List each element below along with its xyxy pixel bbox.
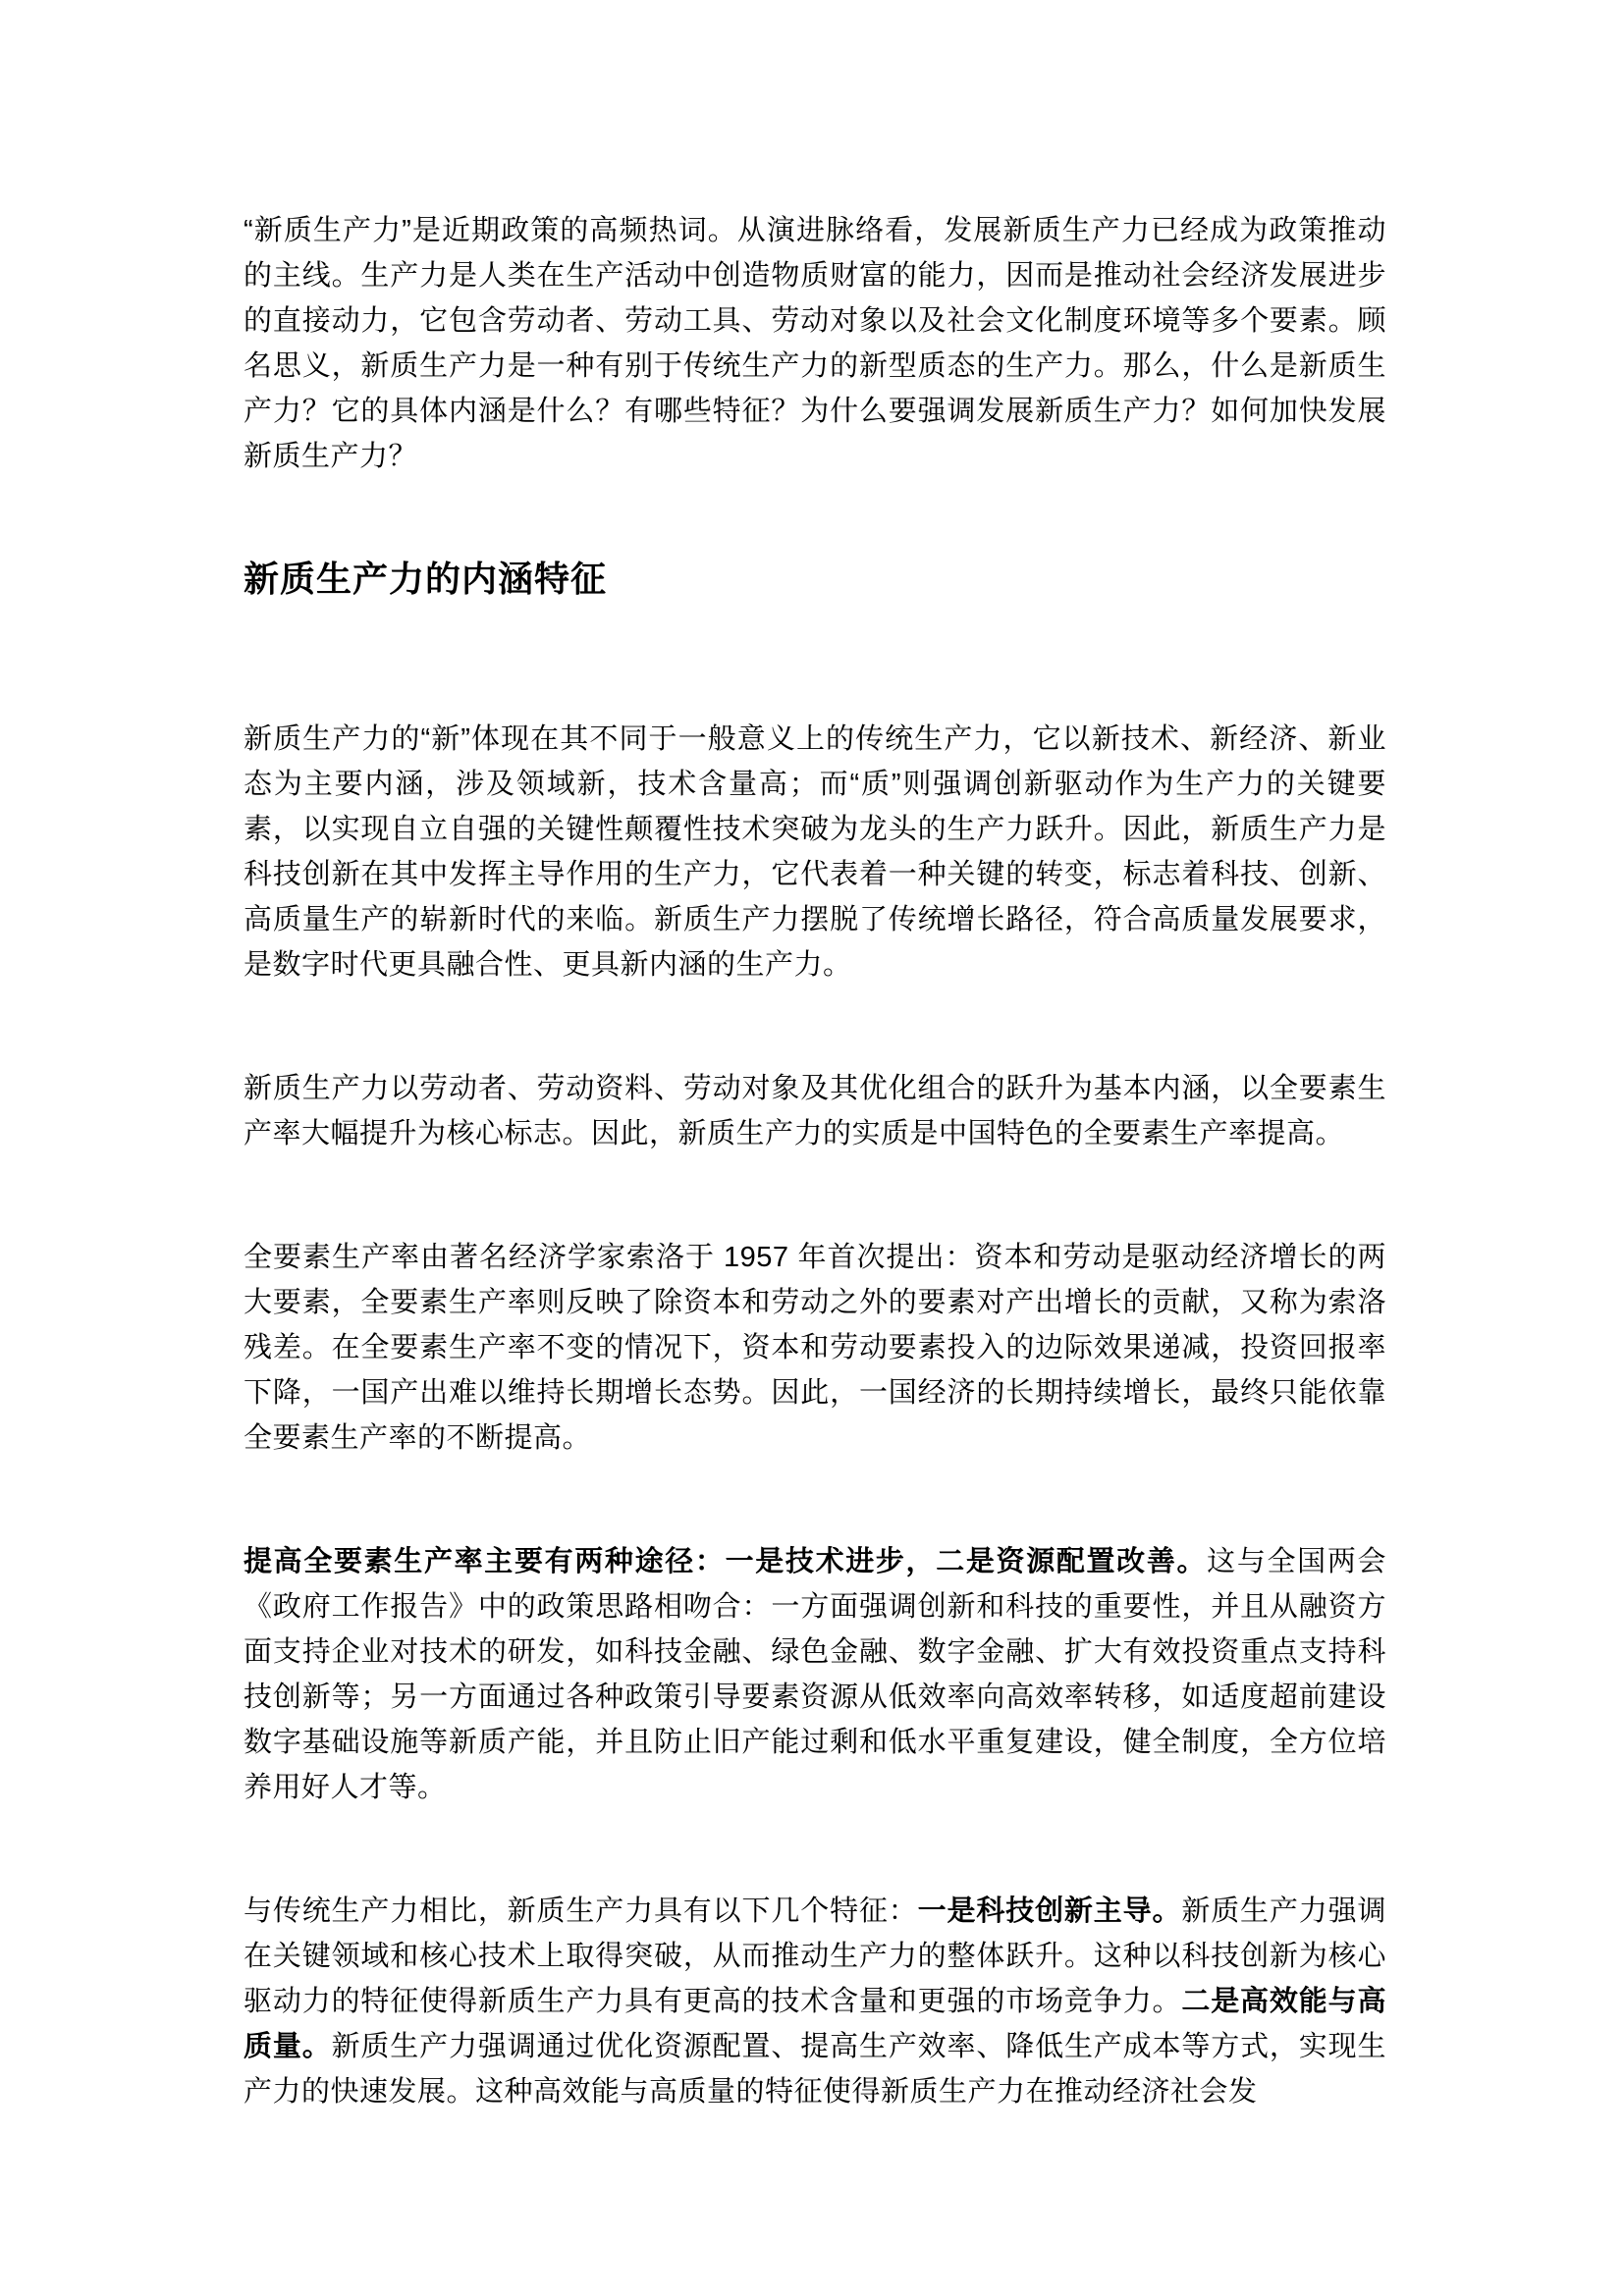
paragraph-core-meaning: 新质生产力以劳动者、劳动资料、劳动对象及其优化组合的跃升为基本内涵，以全要素生产… xyxy=(244,1066,1386,1156)
text-run: 这与全国两会《政府工作报告》中的政策思路相吻合：一方面强调创新和科技的重要性，并… xyxy=(244,1546,1386,1803)
document-page: “新质生产力”是近期政策的高频热词。从演进脉络看，发展新质生产力已经成为政策推动… xyxy=(0,0,1624,2296)
text-run: 与传统生产力相比，新质生产力具有以下几个特征： xyxy=(244,1896,918,1927)
section-heading: 新质生产力的内涵特征 xyxy=(244,558,1386,601)
bold-text-run: 一是科技创新主导。 xyxy=(918,1896,1182,1927)
paragraph-tfp-solow: 全要素生产率由著名经济学家索洛于 1957 年首次提出：资本和劳动是驱动经济增长… xyxy=(244,1235,1386,1461)
text-run: 新质生产力强调通过优化资源配置、提高生产效率、降低生产成本等方式，实现生产力的快… xyxy=(244,2031,1386,2108)
paragraph-characteristics: 与传统生产力相比，新质生产力具有以下几个特征：一是科技创新主导。新质生产力强调在… xyxy=(244,1889,1386,2114)
text-run: 新质生产力以劳动者、劳动资料、劳动对象及其优化组合的跃升为基本内涵，以全要素生产… xyxy=(244,1073,1386,1149)
paragraph-definition: 新质生产力的“新”体现在其不同于一般意义上的传统生产力，它以新技术、新经济、新业… xyxy=(244,717,1386,988)
text-run: 新质生产力的“新”体现在其不同于一般意义上的传统生产力，它以新技术、新经济、新业… xyxy=(244,723,1386,981)
text-run: 全要素生产率由著名经济学家索洛于 1957 年首次提出：资本和劳动是驱动经济增长… xyxy=(244,1242,1386,1454)
paragraph-tfp-two-paths: 提高全要素生产率主要有两种途径：一是技术进步，二是资源配置改善。这与全国两会《政… xyxy=(244,1539,1386,1810)
intro-paragraph: “新质生产力”是近期政策的高频热词。从演进脉络看，发展新质生产力已经成为政策推动… xyxy=(244,208,1386,479)
document-content: “新质生产力”是近期政策的高频热词。从演进脉络看，发展新质生产力已经成为政策推动… xyxy=(244,0,1386,2193)
bold-text-run: 提高全要素生产率主要有两种途径：一是技术进步，二是资源配置改善。 xyxy=(244,1546,1207,1577)
